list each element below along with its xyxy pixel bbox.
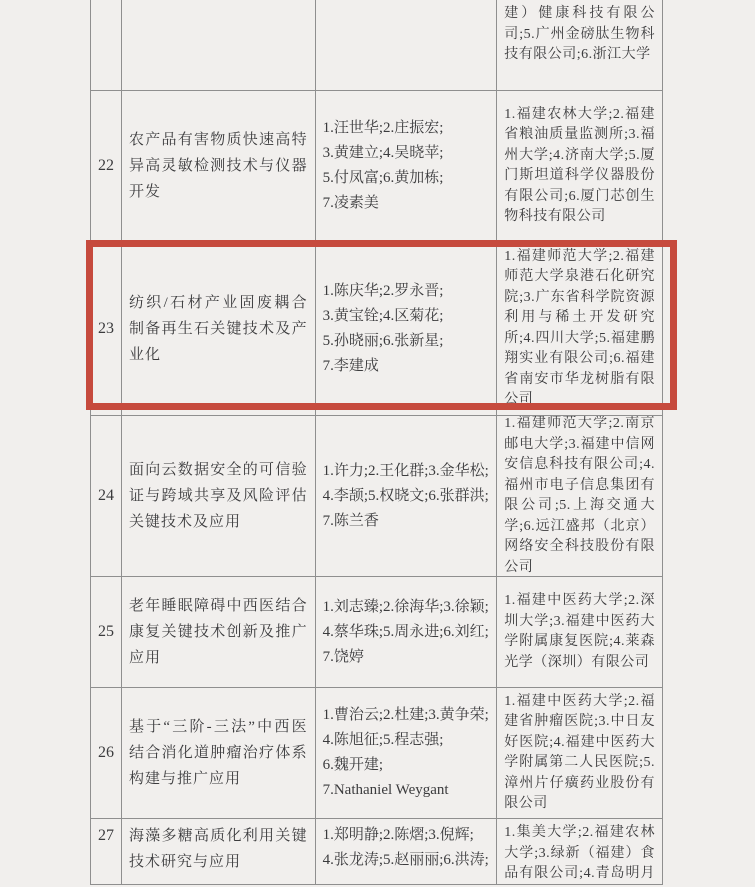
project-title [122, 0, 316, 90]
row-number [91, 0, 122, 90]
table-row-cutoff: 27 海藻多糖高质化利用关键技术研究与应用 1.郑明静;2.陈熠;3.倪辉; 4… [91, 819, 663, 885]
document-page: 建）健康科技有限公司;5.广州金磅肽生物科技有限公司;6.浙江大学 22 农产品… [0, 0, 755, 887]
projects-table: 建）健康科技有限公司;5.广州金磅肽生物科技有限公司;6.浙江大学 22 农产品… [90, 0, 663, 885]
project-title: 面向云数据安全的可信验证与跨域共享及风险评估关键技术及应用 [122, 416, 316, 576]
row-number: 24 [91, 416, 122, 576]
project-orgs: 建）健康科技有限公司;5.广州金磅肽生物科技有限公司;6.浙江大学 [497, 0, 663, 90]
project-people: 1.刘志臻;2.徐海华;3.徐颖; 4.蔡华珠;5.周永进;6.刘红; 7.饶婷 [316, 577, 498, 687]
project-orgs: 1.福建师范大学;2.南京邮电大学;3.福建中信网安信息科技有限公司;4.福州市… [497, 416, 663, 576]
project-orgs: 1.福建师范大学;2.福建师范大学泉港石化研究院;3.广东省科学院资源利用与稀土… [497, 242, 663, 415]
row-number: 27 [91, 819, 122, 884]
project-people: 1.汪世华;2.庄振宏; 3.黄建立;4.吴晓苹; 5.付凤富;6.黄加栋; 7… [316, 91, 498, 241]
row-number: 23 [91, 242, 122, 415]
project-people: 1.陈庆华;2.罗永晋; 3.黄宝铨;4.区菊花; 5.孙晓丽;6.张新星; 7… [316, 242, 498, 415]
table-row: 24 面向云数据安全的可信验证与跨域共享及风险评估关键技术及应用 1.许力;2.… [91, 416, 663, 577]
table-row-highlighted: 23 纺织/石材产业固废耦合制备再生石关键技术及产业化 1.陈庆华;2.罗永晋;… [91, 242, 663, 416]
project-people: 1.许力;2.王化群;3.金华松; 4.李颉;5.权晓文;6.张群洪; 7.陈兰… [316, 416, 498, 576]
row-number: 25 [91, 577, 122, 687]
project-title: 海藻多糖高质化利用关键技术研究与应用 [122, 819, 316, 884]
project-title: 基于“三阶-三法”中西医结合消化道肿瘤治疗体系构建与推广应用 [122, 688, 316, 818]
project-orgs: 1.福建中医药大学;2.福建省肿瘤医院;3.中日友好医院;4.福建中医药大学附属… [497, 688, 663, 818]
row-number: 22 [91, 91, 122, 241]
project-orgs: 1.福建农林大学;2.福建省粮油质量监测所;3.福州大学;4.济南大学;5.厦门… [497, 91, 663, 241]
project-title: 农产品有害物质快速高特异高灵敏检测技术与仪器开发 [122, 91, 316, 241]
project-people: 1.郑明静;2.陈熠;3.倪辉; 4.张龙涛;5.赵丽丽;6.洪涛; [316, 819, 498, 884]
project-title: 纺织/石材产业固废耦合制备再生石关键技术及产业化 [122, 242, 316, 415]
project-people [316, 0, 498, 90]
project-people: 1.曹治云;2.杜建;3.黄争荣; 4.陈旭征;5.程志强; 6.魏开建; 7.… [316, 688, 498, 818]
row-number: 26 [91, 688, 122, 818]
project-orgs: 1.福建中医药大学;2.深圳大学;3.福建中医药大学附属康复医院;4.莱森光学（… [497, 577, 663, 687]
project-title: 老年睡眠障碍中西医结合康复关键技术创新及推广应用 [122, 577, 316, 687]
table-row: 22 农产品有害物质快速高特异高灵敏检测技术与仪器开发 1.汪世华;2.庄振宏;… [91, 91, 663, 242]
table-row: 26 基于“三阶-三法”中西医结合消化道肿瘤治疗体系构建与推广应用 1.曹治云;… [91, 688, 663, 819]
project-orgs: 1.集美大学;2.福建农林大学;3.绿新（福建）食品有限公司;4.青岛明月海藻集… [497, 819, 663, 884]
table-row-partial: 建）健康科技有限公司;5.广州金磅肽生物科技有限公司;6.浙江大学 [91, 0, 663, 91]
table-row: 25 老年睡眠障碍中西医结合康复关键技术创新及推广应用 1.刘志臻;2.徐海华;… [91, 577, 663, 688]
